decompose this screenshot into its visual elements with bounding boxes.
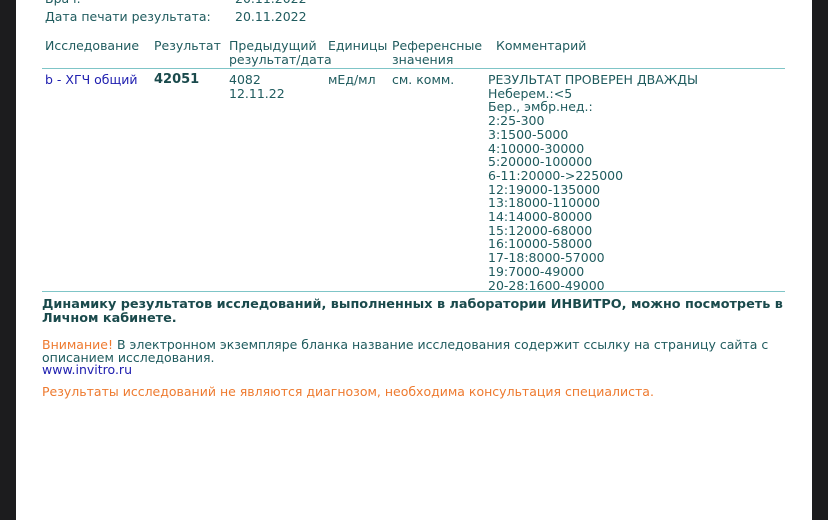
reference-value: см. комм. <box>392 73 454 87</box>
header-result: Результат <box>154 39 221 53</box>
site-link[interactable]: www.invitro.ru <box>42 362 132 377</box>
previous-date: 12.11.22 <box>229 87 285 101</box>
previous-value: 4082 <box>229 73 285 87</box>
comment-line: 16:10000-58000 <box>488 237 698 251</box>
comment-line: 15:12000-68000 <box>488 224 698 238</box>
result-document: Врач: 20.11.2022 Дата печати результата:… <box>16 0 812 520</box>
comment-line: 3:1500-5000 <box>488 128 698 142</box>
header-study: Исследование <box>45 39 139 53</box>
doctor-value: 20.11.2022 <box>235 0 307 6</box>
comment-line: 13:18000-110000 <box>488 196 698 210</box>
comment-line: РЕЗУЛЬТАТ ПРОВЕРЕН ДВАЖДЫ <box>488 73 698 87</box>
row-divider <box>42 291 785 292</box>
comment-line: 5:20000-100000 <box>488 155 698 169</box>
header-divider <box>42 68 785 69</box>
result-value: 42051 <box>154 73 199 87</box>
doctor-label: Врач: <box>45 0 81 6</box>
header-previous-line1: Предыдущий <box>229 39 332 53</box>
dynamics-note: Динамику результатов исследований, выпол… <box>42 298 787 326</box>
warning-note: Внимание! В электронном экземпляре бланк… <box>42 339 787 364</box>
header-reference-line1: Референсные <box>392 39 482 53</box>
print-date-value: 20.11.2022 <box>235 10 307 24</box>
warning-text: В электронном экземпляре бланка название… <box>42 337 768 365</box>
comment-line: Неберем.:<5 <box>488 87 698 101</box>
header-units: Единицы <box>328 39 387 53</box>
study-link[interactable]: b - ХГЧ общий <box>45 73 138 87</box>
header-previous: Предыдущий результат/дата <box>229 39 332 66</box>
units-value: мЕд/мл <box>328 73 376 87</box>
comment-line: 6-11:20000->225000 <box>488 169 698 183</box>
comment-line: 14:14000-80000 <box>488 210 698 224</box>
header-previous-line2: результат/дата <box>229 53 332 67</box>
disclaimer-note: Результаты исследований не являются диаг… <box>42 385 787 399</box>
header-reference: Референсные значения <box>392 39 482 66</box>
previous-result: 4082 12.11.22 <box>229 73 285 100</box>
header-reference-line2: значения <box>392 53 482 67</box>
comment-line: 12:19000-135000 <box>488 183 698 197</box>
header-comment: Комментарий <box>496 39 586 53</box>
print-date-label: Дата печати результата: <box>45 10 211 24</box>
comment-line: Бер., эмбр.нед.: <box>488 100 698 114</box>
comment-line: 19:7000-49000 <box>488 265 698 279</box>
comment-line: 17-18:8000-57000 <box>488 251 698 265</box>
comment-block: РЕЗУЛЬТАТ ПРОВЕРЕН ДВАЖДЫНеберем.:<5Бер.… <box>488 73 698 292</box>
comment-line: 2:25-300 <box>488 114 698 128</box>
comment-line: 4:10000-30000 <box>488 142 698 156</box>
